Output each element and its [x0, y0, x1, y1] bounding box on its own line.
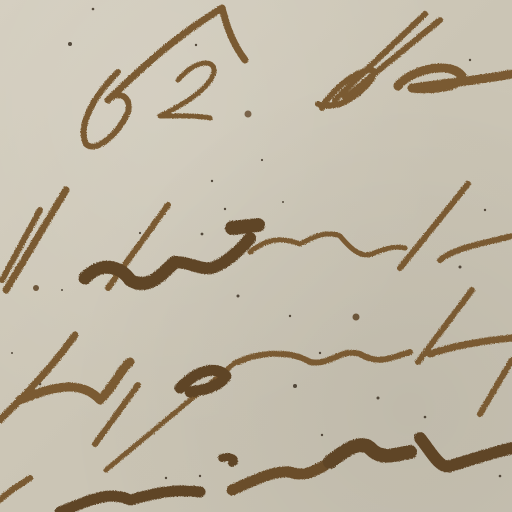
page-number-62 [84, 8, 245, 146]
manuscript-photo: Close-up photograph of a historical hand… [0, 0, 512, 512]
line-3-handwriting [0, 290, 512, 470]
line-4-handwriting [0, 438, 512, 512]
word-ale [318, 14, 512, 108]
handwriting-ink [0, 0, 512, 512]
line-2-handwriting [2, 184, 512, 290]
paper-specks [11, 8, 501, 479]
